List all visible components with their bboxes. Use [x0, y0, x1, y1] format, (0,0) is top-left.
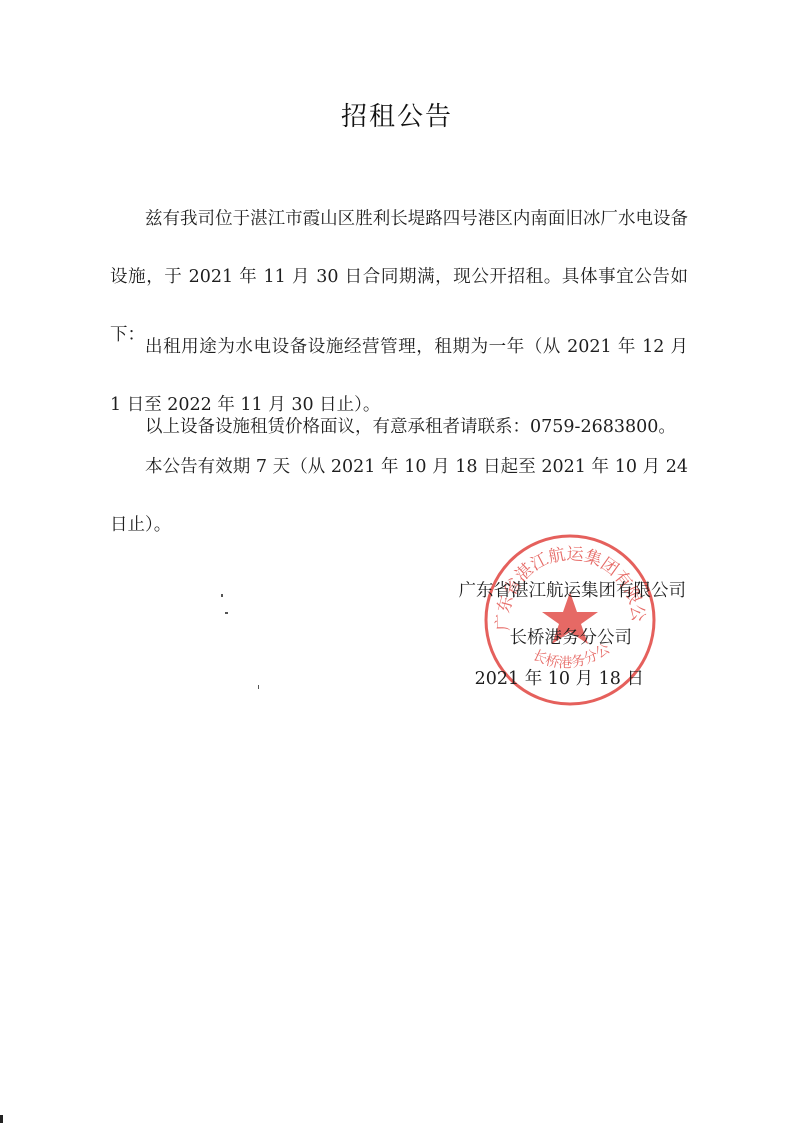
- scan-speck: [225, 612, 228, 614]
- document-title: 招租公告: [0, 96, 794, 133]
- signature-branch: 长桥港务分公司: [510, 624, 633, 649]
- scan-edge-mark: [0, 1115, 3, 1123]
- signature-company: 广东省湛江航运集团有限公司: [459, 577, 687, 602]
- signature-date: 2021 年 10 月 18 日: [475, 665, 644, 690]
- scan-speck: [258, 685, 259, 689]
- scan-speck: [221, 594, 223, 597]
